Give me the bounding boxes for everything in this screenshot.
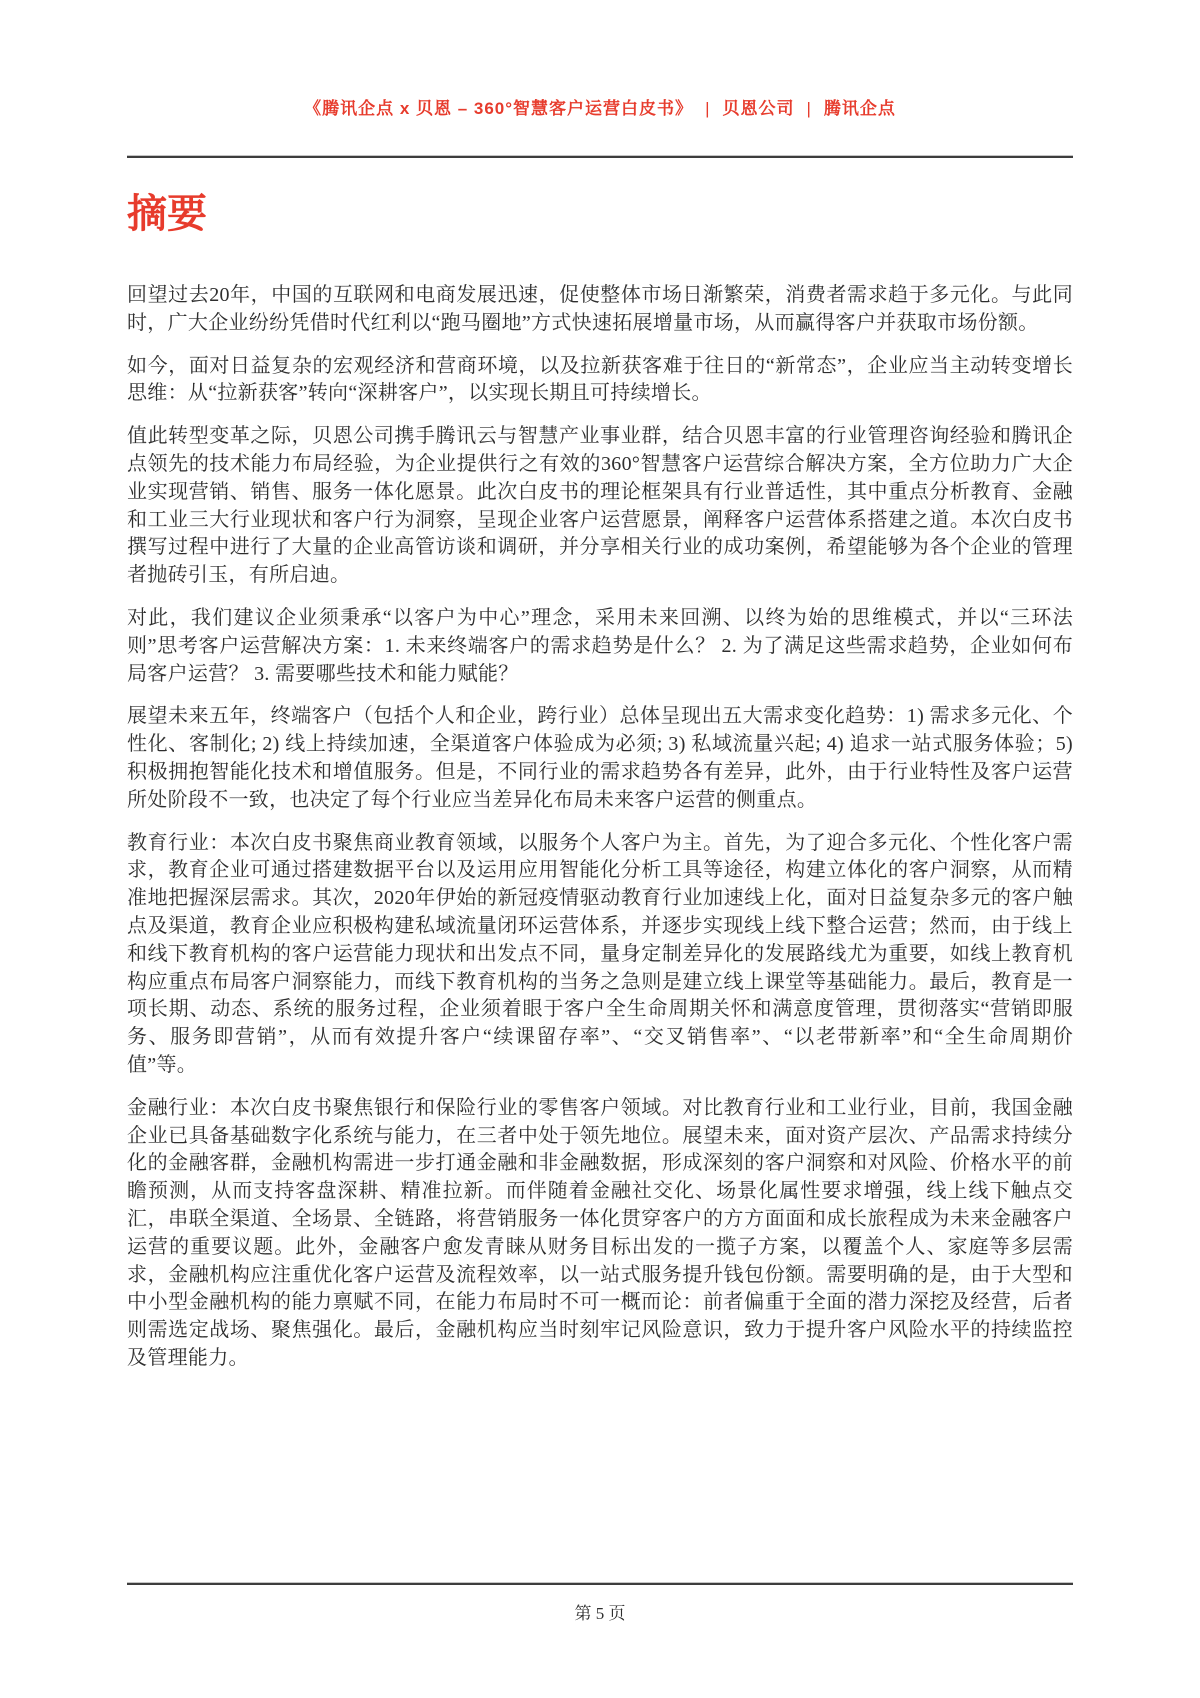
paragraph-4: 对此，我们建议企业须秉承“以客户为中心”理念，采用未来回溯、以终为始的思维模式，… — [127, 605, 1073, 688]
paragraph-2: 如今，面对日益复杂的宏观经济和营商环境，以及拉新获客难于往日的“新常态”，企业应… — [127, 353, 1073, 409]
footer-divider — [127, 1582, 1073, 1585]
abstract-body: 回望过去20年，中国的互联网和电商发展迅速，促使整体市场日渐繁荣，消费者需求趋于… — [127, 282, 1073, 1388]
paragraph-5: 展望未来五年，终端客户（包括个人和企业，跨行业）总体呈现出五大需求变化趋势：1)… — [127, 703, 1073, 814]
header-book-title: 《腾讯企点 x 贝恩 – 360°智慧客户运营白皮书》 — [304, 99, 693, 118]
section-title: 摘要 — [127, 192, 1073, 236]
paragraph-1: 回望过去20年，中国的互联网和电商发展迅速，促使整体市场日渐繁荣，消费者需求趋于… — [127, 282, 1073, 338]
paragraph-6: 教育行业：本次白皮书聚焦商业教育领域，以服务个人客户为主。首先，为了迎合多元化、… — [127, 830, 1073, 1080]
page-number: 第 5 页 — [127, 1599, 1073, 1624]
paragraph-3: 值此转型变革之际，贝恩公司携手腾讯云与智慧产业事业群，结合贝恩丰富的行业管理咨询… — [127, 423, 1073, 590]
paragraph-7: 金融行业：本次白皮书聚焦银行和保险行业的零售客户领域。对比教育行业和工业行业，目… — [127, 1095, 1073, 1373]
document-page: 《腾讯企点 x 贝恩 – 360°智慧客户运营白皮书》|贝恩公司|腾讯企点 摘要… — [0, 0, 1200, 1698]
header-company-tencent: 腾讯企点 — [824, 99, 896, 118]
page-footer: 第 5 页 — [127, 1582, 1073, 1624]
header-separator: | — [806, 99, 811, 118]
header-divider — [127, 155, 1073, 158]
header-company-bain: 贝恩公司 — [722, 99, 794, 118]
page-header: 《腾讯企点 x 贝恩 – 360°智慧客户运营白皮书》|贝恩公司|腾讯企点 — [127, 94, 1073, 119]
header-separator: | — [705, 99, 710, 118]
